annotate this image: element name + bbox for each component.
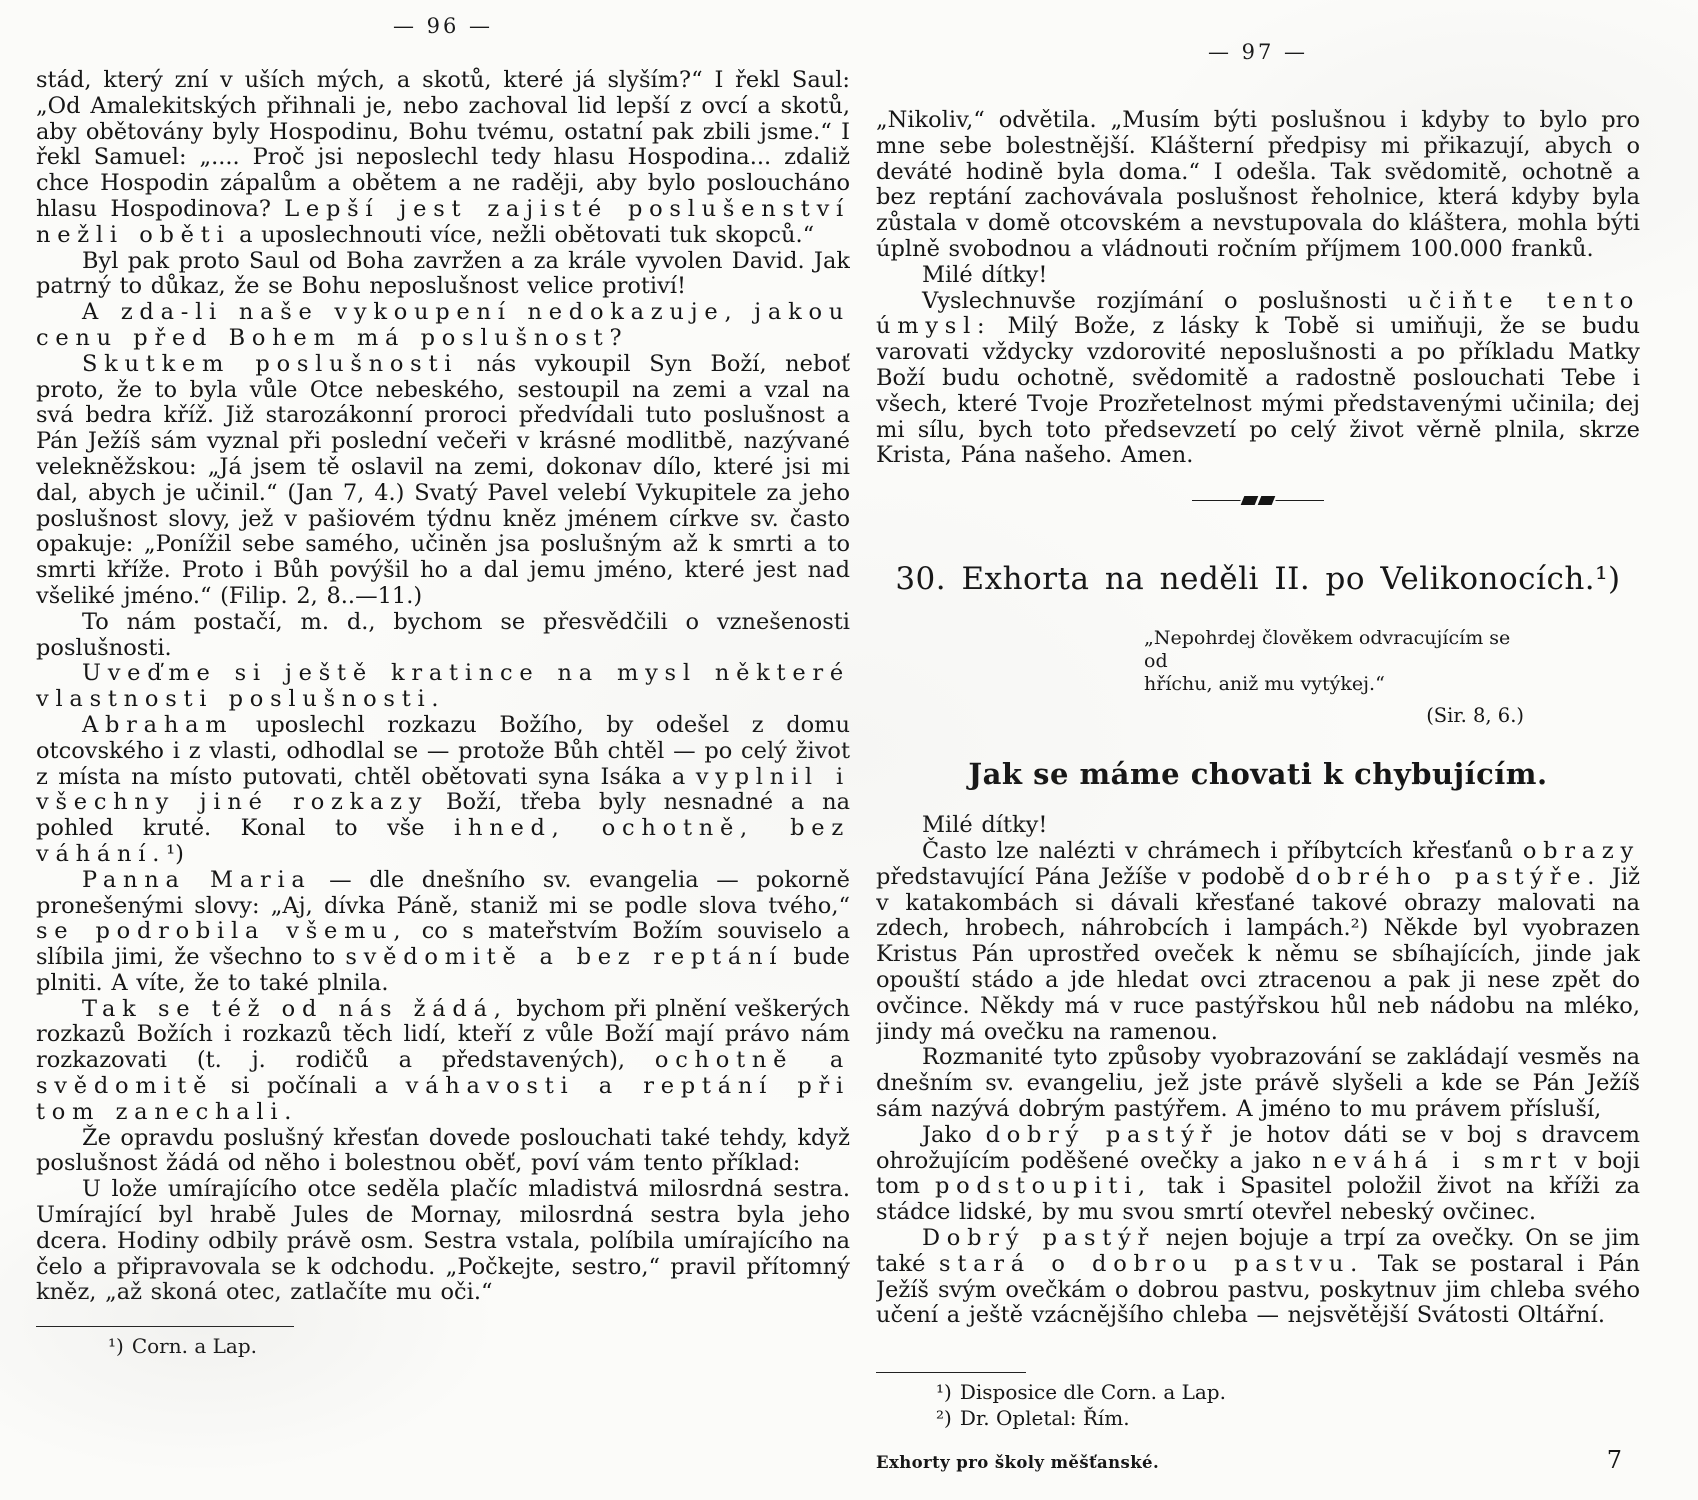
paragraph: Dobrý pastýř nejen bojuje a trpí za oveč…	[876, 1226, 1640, 1329]
paragraph: Panna Maria — dle dnešního sv. evangelia…	[36, 868, 850, 997]
emphasized-text: obrazy	[1523, 838, 1640, 864]
paragraph: To nám postačí, m. d., bychom se přesvěd…	[36, 610, 850, 662]
emphasized-text: Tak se též od nás žádá,	[82, 996, 508, 1022]
page-96-footnote-block: ¹)Corn. a Lap.	[36, 1326, 850, 1359]
text-run: představující Pána Ježíše v podobě	[876, 864, 1296, 890]
emphasized-text: A zda-li naše vykoupení nedokazuje, jako…	[36, 299, 850, 351]
paragraph: Rozmanité tyto způsoby vyobrazování se z…	[876, 1045, 1640, 1122]
footnote-marker: ¹)	[936, 1380, 952, 1404]
epigraph-line: „Nepohrdej člověkem odvracujícím se od	[1144, 627, 1524, 673]
paragraph: A zda-li naše vykoupení nedokazuje, jako…	[36, 300, 850, 352]
page-97-top-body: „Nikoliv,“ odvětila. „Musím býti poslušn…	[876, 108, 1640, 469]
footnote: ²)Dr. Opletal: Řím.	[876, 1405, 1640, 1431]
paragraph: Tak se též od nás žádá, bychom při plněn…	[36, 997, 850, 1126]
page-number-header-96: — 96 —	[36, 14, 850, 38]
text-run: ¹)	[166, 841, 184, 867]
text-run: To nám postačí, m. d., bychom se přesvěd…	[36, 609, 850, 661]
text-run: Často lze nalézti v chrámech i příbytcíc…	[922, 838, 1523, 864]
page-97-footnote-block: ¹)Disposice dle Corn. a Lap.²)Dr. Opleta…	[876, 1372, 1640, 1431]
emphasized-text: Skutkem poslušnosti	[82, 351, 458, 377]
text-run: Rozmanité tyto způsoby vyobrazování se z…	[876, 1044, 1640, 1122]
chapter-title: 30. Exhorta na neděli II. po Velikonocíc…	[876, 561, 1640, 597]
text-run: Milý Bože, z lásky k Tobě si umiňuji, že…	[876, 313, 1640, 468]
page-97: — 97 — „Nikoliv,“ odvětila. „Musím býti …	[876, 40, 1640, 1500]
page-96-body: stád, který zní v uších mých, a skotů, k…	[36, 68, 850, 1306]
paragraph: Uveďme si ještě kratince na mysl některé…	[36, 661, 850, 713]
paragraph: Skutkem poslušnosti nás vykoupil Syn Bož…	[36, 352, 850, 610]
chapter-epigraph: „Nepohrdej člověkem odvracujícím se odhř…	[1144, 627, 1524, 696]
footnote-marker: ²)	[936, 1406, 952, 1430]
footnote-text: Corn. a Lap.	[132, 1334, 257, 1358]
paragraph: Že opravdu poslušný křesťan dovede poslo…	[36, 1126, 850, 1178]
footnote-marker: ¹)	[108, 1334, 124, 1358]
page-97-footnotes: ¹)Disposice dle Corn. a Lap.²)Dr. Opleta…	[876, 1379, 1640, 1431]
running-title: Exhorty pro školy měšťanské.	[876, 1453, 1159, 1472]
paragraph: „Nikoliv,“ odvětila. „Musím býti poslušn…	[876, 108, 1640, 263]
emphasized-text: Abraham	[82, 712, 233, 738]
footnote: ¹)Disposice dle Corn. a Lap.	[876, 1379, 1640, 1405]
paragraph: Abraham uposlechl rozkazu Božího, by ode…	[36, 713, 850, 868]
footnote-text: Dr. Opletal: Řím.	[960, 1406, 1130, 1430]
paragraph: Často lze nalézti v chrámech i příbytcíc…	[876, 839, 1640, 1045]
paragraph: Milé dítky!	[876, 263, 1640, 289]
text-run: Vyslechnuvše rozjímání o poslušnosti	[922, 288, 1408, 314]
paragraph: U lože umírajícího otce seděla plačíc ml…	[36, 1177, 850, 1306]
signature-number: 7	[1607, 1446, 1622, 1474]
epigraph-source: (Sir. 8, 6.)	[876, 704, 1524, 727]
text-run: a uposlechnouti více, nežli obětovati tu…	[230, 222, 814, 248]
text-run: si počínali a	[213, 1073, 405, 1099]
section-divider	[1192, 495, 1324, 507]
paragraph: Byl pak proto Saul od Boha zavržen a za …	[36, 249, 850, 301]
footnote-rule	[876, 1372, 1026, 1373]
emphasized-text: Dobrý pastýř	[922, 1225, 1155, 1251]
page-number-header-97: — 97 —	[876, 40, 1640, 64]
text-run: Již v katakombách si dávali křesťané tak…	[876, 864, 1640, 1045]
paragraph: Milé dítky!	[876, 813, 1640, 839]
emphasized-text: Panna Maria	[82, 867, 312, 893]
text-run: Milé dítky!	[922, 812, 1047, 838]
emphasized-text: se podrobila všemu,	[36, 918, 407, 944]
page-96-footnotes: ¹)Corn. a Lap.	[36, 1333, 850, 1359]
text-run: U lože umírajícího otce seděla plačíc ml…	[36, 1176, 850, 1305]
emphasized-text: podstoupiti,	[935, 1173, 1152, 1199]
emphasized-text: svědomitě a bez reptání	[345, 944, 783, 970]
page-97-footer: Exhorty pro školy měšťanské. 7	[876, 1446, 1640, 1474]
page-97-main-body: Milé dítky!Často lze nalézti v chrámech …	[876, 813, 1640, 1329]
page-96: — 96 — stád, který zní v uších mých, a s…	[36, 14, 850, 1474]
text-run: Milé dítky!	[922, 262, 1047, 288]
paragraph: stád, který zní v uších mých, a skotů, k…	[36, 68, 850, 249]
emphasized-text: dobrého pastýře.	[1296, 864, 1602, 890]
text-run: Jako	[922, 1122, 986, 1148]
text-run: Byl pak proto Saul od Boha zavržen a za …	[36, 248, 850, 300]
footnote-text: Disposice dle Corn. a Lap.	[960, 1380, 1226, 1404]
footnote-rule	[36, 1326, 294, 1327]
epigraph-line: hříchu, aniž mu vytýkej.“	[1144, 673, 1524, 696]
chapter-subtitle: Jak se máme chovati k chybujícím.	[876, 757, 1640, 791]
paragraph: Jako dobrý pastýř je hotov dáti se v boj…	[876, 1123, 1640, 1226]
footnote: ¹)Corn. a Lap.	[36, 1333, 850, 1359]
emphasized-text: stará o dobrou pastvu.	[939, 1251, 1364, 1277]
emphasized-text: dobrý pastýř	[986, 1122, 1219, 1148]
emphasized-text: Uveďme si ještě kratince na mysl některé…	[36, 660, 850, 712]
text-run: „Nikoliv,“ odvětila. „Musím býti poslušn…	[876, 107, 1640, 262]
emphasized-text: neváhá i smrt	[1312, 1148, 1563, 1174]
fleuron-divider-icon	[1241, 496, 1276, 505]
text-run: Že opravdu poslušný křesťan dovede poslo…	[36, 1125, 850, 1177]
text-run: nás vykoupil Syn Boží, neboť proto, že t…	[36, 351, 850, 609]
paragraph: Vyslechnuvše rozjímání o poslušnosti uči…	[876, 289, 1640, 470]
